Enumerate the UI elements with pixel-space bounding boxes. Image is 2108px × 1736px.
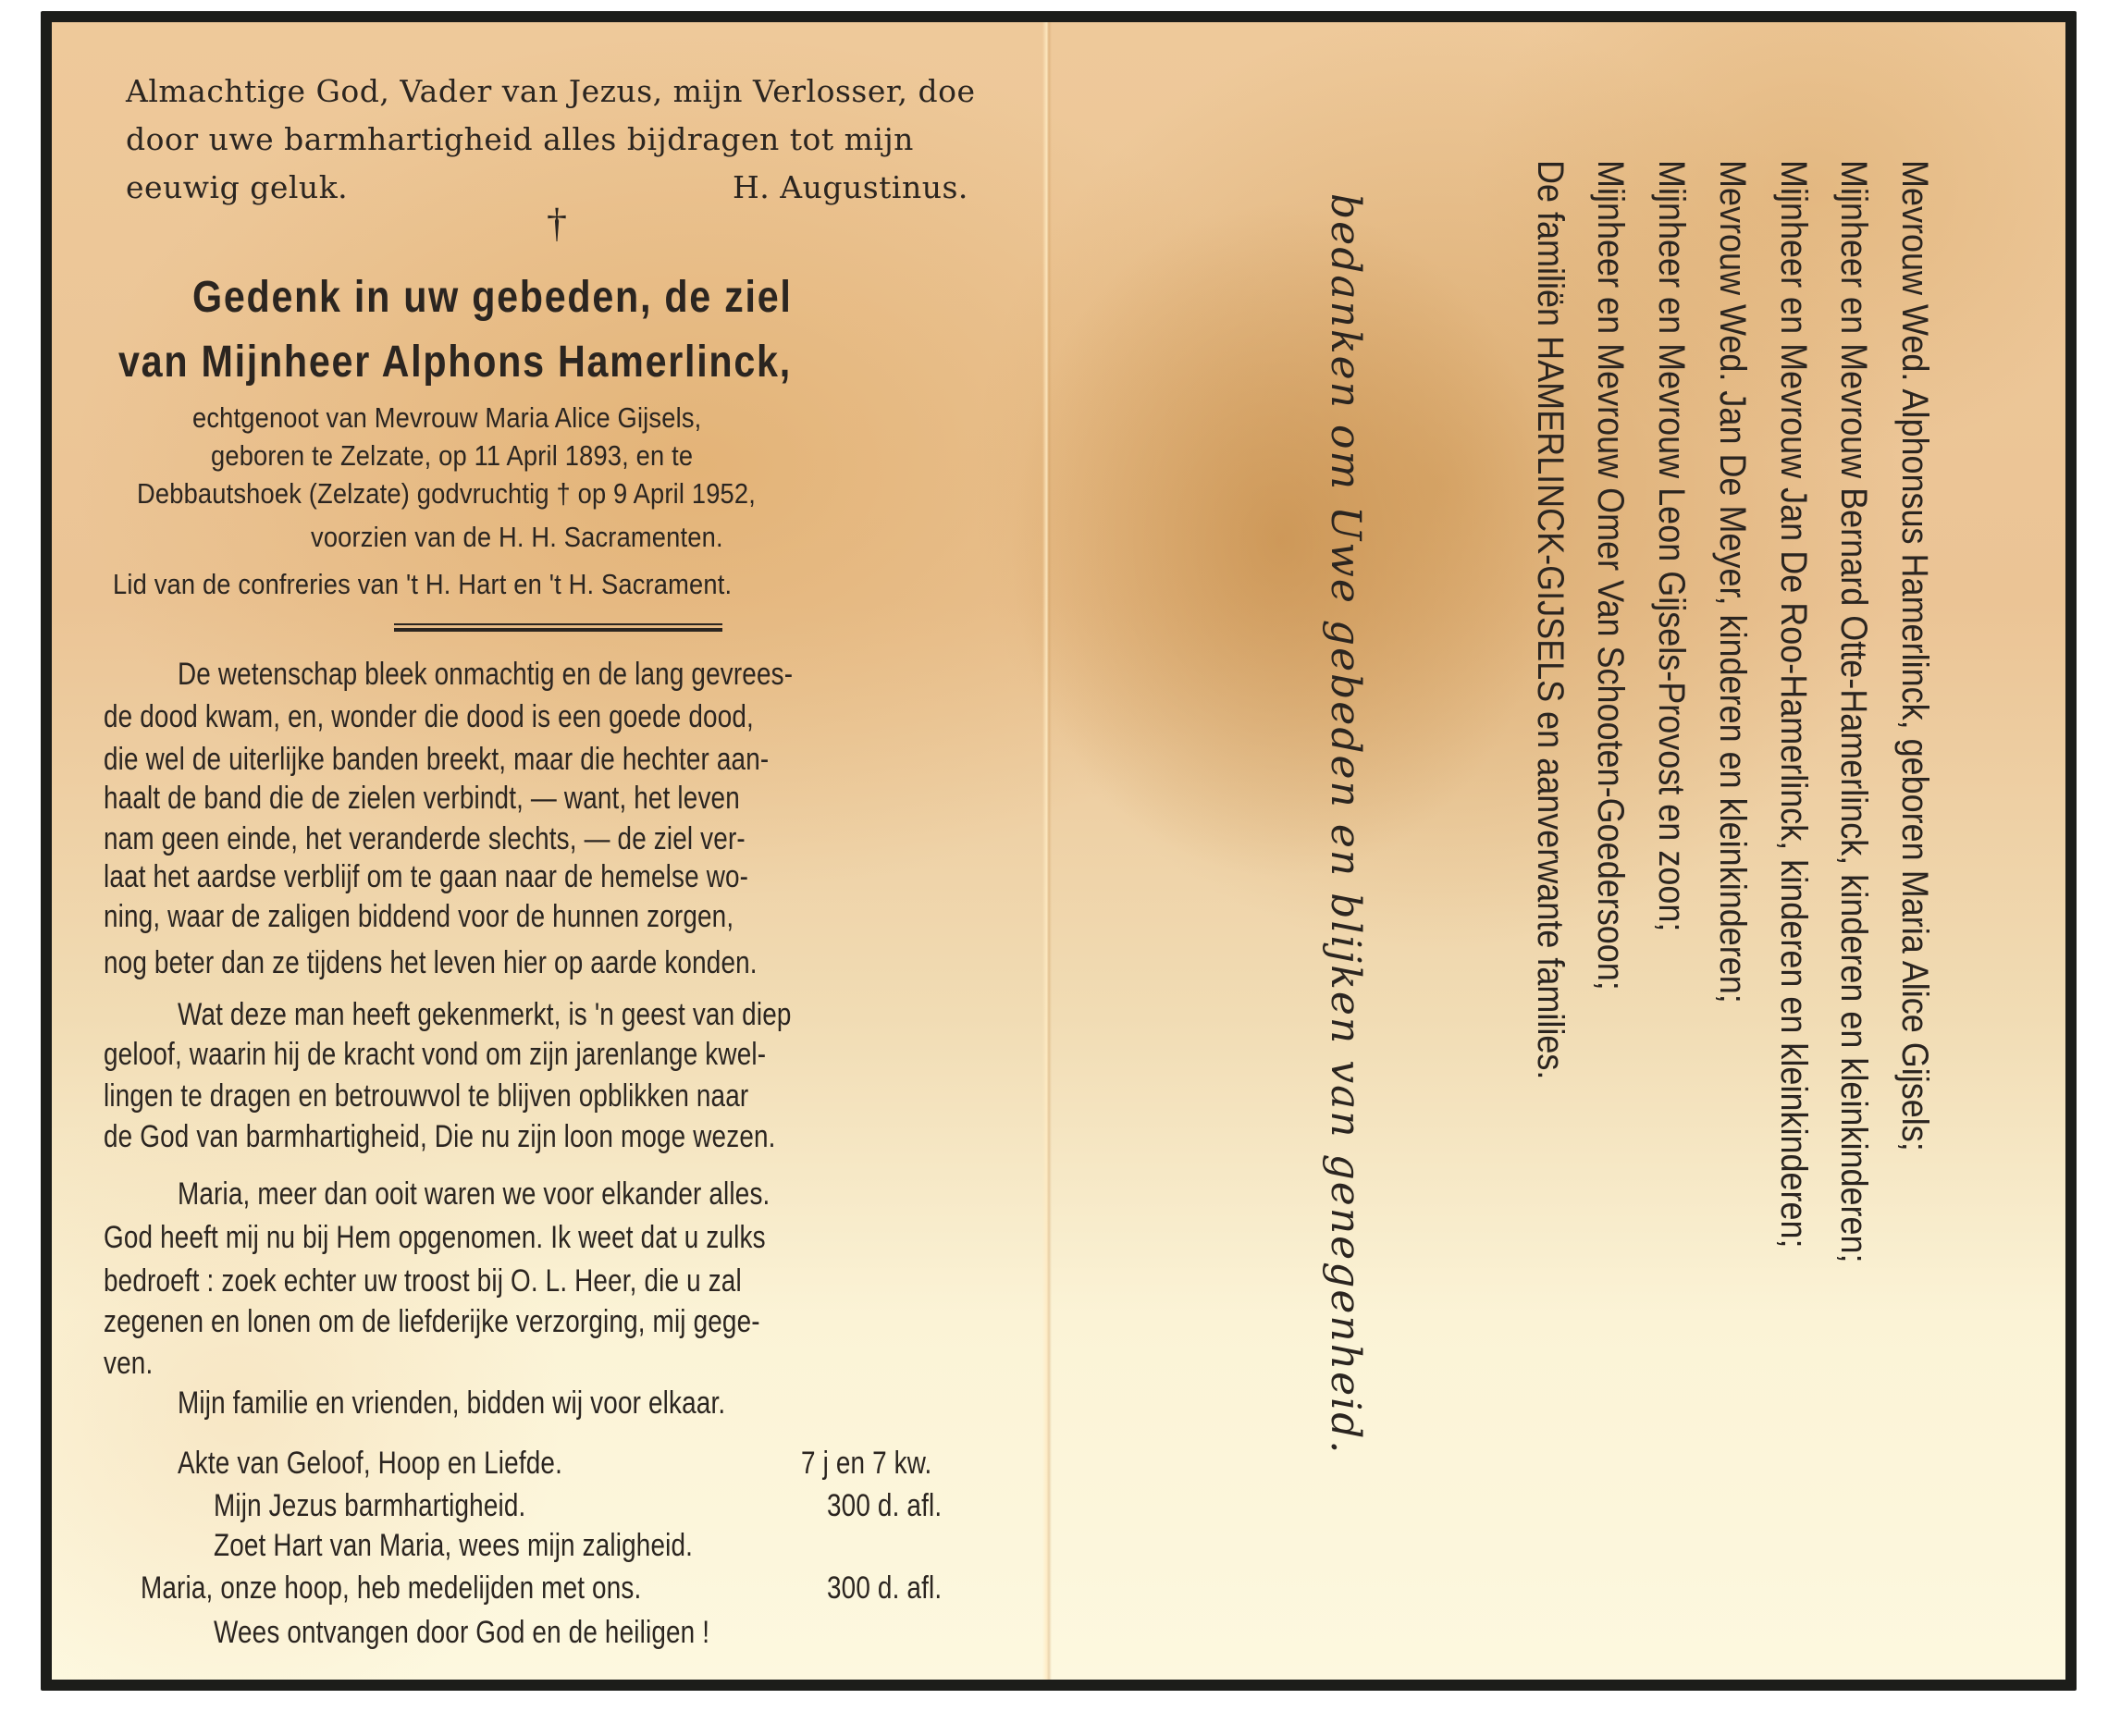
paragraph-line: bedroeft : zoek echter uw troost bij O. … [104, 1265, 742, 1297]
prayer-line: eeuwig geluk. [126, 172, 348, 203]
family-line: Mijnheer en Mevrouw Bernard Otte-Hamerli… [1835, 160, 1872, 1385]
memorial-card: Almachtige God, Vader van Jezus, mijn Ve… [41, 11, 2077, 1691]
paragraph-line: zegenen en lonen om de liefderijke verzo… [104, 1306, 760, 1337]
paragraph-line: lingen te dragen en betrouwvol te blijve… [104, 1080, 748, 1112]
detail-sacraments: voorzien van de H. H. Sacramenten. [311, 523, 723, 551]
paragraph-line: geloof, waarin hij de kracht vond om zij… [104, 1039, 766, 1070]
heading-line-name: van Mijnheer Alphons Hamerlinck, [118, 340, 792, 385]
paragraph-4: Mijn familie en vrienden, bidden wij voo… [178, 1387, 725, 1419]
paragraph-line: nam geen einde, het veranderde slechts, … [104, 823, 746, 855]
paragraph-line: haalt de band die de zielen verbindt, — … [104, 782, 740, 814]
paragraph-line: De wetenschap bleek onmachtig en de lang… [178, 659, 793, 690]
paragraph-line: Maria, meer dan ooit waren we voor elkan… [178, 1178, 770, 1210]
closing-line: Wees ontvangen door God en de heiligen ! [214, 1617, 709, 1648]
heading-line: Gedenk in uw gebeden, de ziel [192, 276, 793, 320]
fold-crease [1042, 22, 1052, 1680]
divider-rule [394, 623, 722, 632]
detail-confraternity: Lid van de confreries van 't H. Hart en … [113, 570, 732, 598]
indulgence-prayer: Akte van Geloof, Hoop en Liefde. [178, 1447, 562, 1479]
detail-spouse: echtgenoot van Mevrouw Maria Alice Gijse… [192, 403, 701, 432]
paragraph-line: Wat deze man heeft gekenmerkt, is 'n gee… [178, 999, 792, 1030]
paragraph-line: de dood kwam, en, wonder die dood is een… [104, 701, 754, 733]
indulgence-value: 7 j en 7 kw. [801, 1447, 931, 1479]
paragraph-line: die wel de uiterlijke banden breekt, maa… [104, 744, 769, 775]
indulgence-prayer: Maria, onze hoop, heb medelijden met ons… [141, 1572, 641, 1604]
indulgence-prayer: Mijn Jezus barmhartigheid. [214, 1490, 525, 1521]
paragraph-line: ning, waar de zaligen biddend voor de hu… [104, 901, 733, 932]
indulgence-value: 300 d. afl. [827, 1490, 942, 1521]
indulgence-prayer: Zoet Hart van Maria, wees mijn zaligheid… [214, 1530, 693, 1561]
prayer-line: door uwe barmhartigheid alles bijdragen … [126, 124, 914, 154]
detail-birth: geboren te Zelzate, op 11 April 1893, en… [211, 441, 693, 470]
family-line: Mevrouw Wed. Alphonsus Hamerlinck, gebor… [1896, 160, 1933, 1262]
cross-icon: † [547, 203, 567, 244]
paragraph-line: de God van barmhartigheid, Die nu zijn l… [104, 1121, 776, 1152]
paragraph-line: nog beter dan ze tijdens het leven hier … [104, 947, 758, 979]
thanks-line: bedanken om Uwe gebeden en blijken van g… [1322, 193, 1369, 1455]
detail-death: Debbautshoek (Zelzate) godvruchtig † op … [137, 479, 756, 508]
family-line: De familiën HAMERLINCK-GIJSELS en aanver… [1532, 160, 1569, 1182]
indulgence-value: 300 d. afl. [827, 1572, 942, 1604]
family-line: Mijnheer en Mevrouw Omer Van Schooten-Go… [1592, 160, 1629, 1083]
paragraph-line: ven. [104, 1348, 153, 1379]
family-line: Mevrouw Wed. Jan De Meyer, kinderen en k… [1714, 160, 1751, 1097]
prayer-line: Almachtige God, Vader van Jezus, mijn Ve… [126, 76, 976, 106]
paragraph-line: God heeft mij nu bij Hem opgenomen. Ik w… [104, 1222, 766, 1253]
family-line: Mijnheer en Mevrouw Leon Gijsels-Provost… [1653, 160, 1690, 1017]
paragraph-line: laat het aardse verblijf om te gaan naar… [104, 861, 748, 893]
family-line: Mijnheer en Mevrouw Jan De Roo-Hamerlinc… [1775, 160, 1812, 1369]
prayer-attribution: H. Augustinus. [733, 172, 968, 203]
